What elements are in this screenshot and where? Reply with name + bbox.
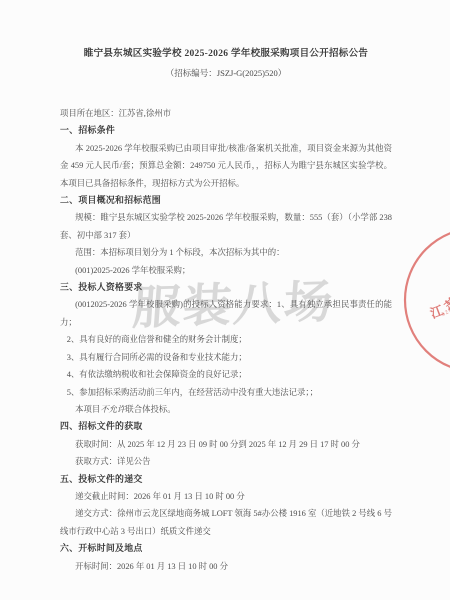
qualification-item: 5、参加招标采购活动前三年内，在经营活动中没有重大违法记录；； — [60, 384, 392, 401]
joint-venture-suffix: 联合体投标。 — [125, 405, 175, 414]
tender-number: （招标编号：JSZJ-G(2025)520） — [60, 67, 392, 79]
section-1-heading: 一、招标条件 — [60, 122, 392, 139]
joint-venture-note: 本项目不允许联合体投标。 — [60, 401, 392, 418]
qualification-item: 4、有依法缴纳税收和社会保障资金的良好记录； — [60, 366, 392, 383]
doc-obtain-method: 获取方式：详见公告 — [60, 453, 392, 470]
section-5-heading: 五、投标文件的递交 — [60, 471, 392, 488]
section-2-scale: 规模：睢宁县东城区实验学校 2025-2026 学年校服采购，数量：555（套）… — [60, 209, 392, 244]
document-content: 睢宁县东城区实验学校 2025-2026 学年校服采购项目公开招标公告 （招标编… — [0, 0, 450, 575]
page-title: 睢宁县东城区实验学校 2025-2026 学年校服采购项目公开招标公告 — [60, 48, 392, 61]
seal-arc-text: 江苏华 — [427, 278, 450, 321]
joint-venture-prefix: 本项目 — [75, 405, 100, 414]
section-3-heading: 三、投标人资格要求 — [60, 279, 392, 296]
document-page: 服装八场 江苏华 3203000 睢宁县东城区实验学校 2025-2026 学年… — [0, 0, 450, 600]
section-2-heading: 二、项目概况和招标范围 — [60, 192, 392, 209]
section-3-intro: (0012025-2026 学年校服采购)的投标人资格能力要求：1、具有独立承担… — [60, 296, 392, 331]
doc-obtain-time: 获取时间：从 2025 年 12 月 23 日 09 时 00 分到 2025 … — [60, 436, 392, 453]
qualification-item: 2、具有良好的商业信誉和健全的财务会计制度； — [60, 331, 392, 348]
joint-venture-emphasis: 不允许 — [100, 405, 125, 414]
section-4-heading: 四、招标文件的获取 — [60, 418, 392, 435]
qualification-item: 3、具有履行合同所必需的设备和专业技术能力； — [60, 349, 392, 366]
submit-method: 递交方式：徐州市云龙区绿地商务城 LOFT 领海 5#办公楼 1916 室（近地… — [60, 505, 392, 540]
seal-circle — [405, 228, 450, 372]
section-6-heading: 六、开标时间及地点 — [60, 540, 392, 557]
official-seal: 江苏华 3203000 — [398, 226, 450, 374]
project-location: 项目所在地区：江苏省,徐州市 — [60, 105, 392, 122]
submit-deadline: 递交截止时间：2026 年 01 月 13 日 10 时 00 分 — [60, 488, 392, 505]
bid-opening-time: 开标时间：2026 年 01 月 13 日 10 时 00 分 — [60, 558, 392, 575]
section-2-scope: 范围：本招标项目划分为 1 个标段，本次招标为其中的： — [60, 244, 392, 261]
section-1-paragraph: 本 2025-2026 学年校服采购已由项目审批/核准/备案机关批准，项目资金来… — [60, 140, 392, 192]
section-2-lot: (001)2025-2026 学年校服采购； — [60, 262, 392, 279]
